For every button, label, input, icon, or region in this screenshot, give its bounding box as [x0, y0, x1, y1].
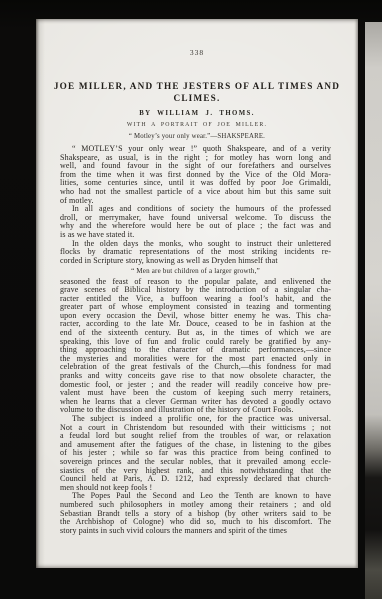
text-line: greater part of whose employment consist…	[60, 303, 331, 312]
text-line: end of the sixteenth century. But as, in…	[60, 329, 331, 338]
text-line: racter entitled the Vice, a buffoon wear…	[60, 295, 331, 304]
page-number: 338	[36, 49, 358, 57]
epigraph: “ Motley’s your only wear.”—SHAKSPEARE.	[36, 133, 358, 140]
text-line: thing approaching to the character of dr…	[60, 346, 331, 355]
text-line: from the time when it was first donned b…	[60, 171, 331, 180]
text-line: and amusement after the fatigues of the …	[60, 441, 331, 450]
book-fore-edge-icon	[364, 22, 382, 599]
article-title-line1: JOE MILLER, AND THE JESTERS OF ALL TIMES…	[36, 80, 358, 92]
text-line: when he learns that a clever German writ…	[60, 398, 331, 407]
scan-background: 338 JOE MILLER, AND THE JESTERS OF ALL T…	[0, 0, 382, 599]
text-line: Shakspeare, as usual, is in the right ; …	[60, 154, 331, 163]
text-line: seasoned the feast of reason to the popu…	[60, 278, 331, 287]
text-line: why and the wherefore would here be out …	[60, 222, 331, 231]
text-line: domestic fool, or jester ; and the reade…	[60, 381, 331, 390]
text-line: Not a court in Christendom but resounded…	[60, 424, 331, 433]
text-line: racter, according to the late Mr. Douce,…	[60, 320, 331, 329]
portrait-note: WITH A PORTRAIT OF JOE MILLER.	[36, 122, 358, 128]
text-line: siastics of the very highest rank, and t…	[60, 467, 331, 476]
text-line: droll, or merrymaker, have found univers…	[60, 214, 331, 223]
text-line: sovereign princes and the secular nobles…	[60, 458, 331, 467]
paragraph: The Popes Paul the Second and Leo the Te…	[60, 492, 331, 535]
text-line: valent must have been the custom of keep…	[60, 389, 331, 398]
text-line: story paints in such vivid colours the m…	[60, 527, 331, 536]
text-line: In the olden days the monks, who sought …	[60, 240, 331, 249]
text-line: Council held at Paris, A. D. 1212, had e…	[60, 475, 331, 484]
text-line: men should not keep fools !	[60, 484, 331, 493]
text-line: celebration of the great festivals of th…	[60, 363, 331, 372]
text-line: who had not the smallest particle of a v…	[60, 188, 331, 197]
inline-verse-quote: “ Men are but children of a larger growt…	[60, 267, 331, 276]
text-line: is as we have stated it.	[60, 231, 331, 240]
text-line: a feudal lord but sought relief from the…	[60, 432, 331, 441]
article-title: JOE MILLER, AND THE JESTERS OF ALL TIMES…	[36, 80, 358, 104]
text-line: In all ages and conditions of society th…	[60, 205, 331, 214]
text-line: The subject is indeed a prolific one, fo…	[60, 415, 331, 424]
book-page: 338 JOE MILLER, AND THE JESTERS OF ALL T…	[36, 19, 358, 568]
text-line: well, and found favour in the sight of o…	[60, 162, 331, 171]
paragraph: The subject is indeed a prolific one, fo…	[60, 415, 331, 492]
text-line: “ MOTLEY’S your only wear !” quoth Shaks…	[60, 145, 331, 154]
paragraph: “ MOTLEY’S your only wear !” quoth Shaks…	[60, 145, 331, 205]
text-line: grave scenes of Biblical history by the …	[60, 286, 331, 295]
paragraph: In all ages and conditions of society th…	[60, 205, 331, 239]
article-title-line2: CLIMES.	[36, 92, 358, 104]
paragraph: seasoned the feast of reason to the popu…	[60, 278, 331, 416]
text-line: the mysteries and moralities were for th…	[60, 355, 331, 364]
text-line: The Popes Paul the Second and Leo the Te…	[60, 492, 331, 501]
paragraph: In the olden days the monks, who sought …	[60, 240, 331, 266]
text-line: of motley.	[60, 197, 331, 206]
text-line: upon every occasion the Devil, whose bit…	[60, 312, 331, 321]
text-line: the Archbishop of Cologne) who did so, m…	[60, 518, 331, 527]
text-line: volume to the discussion and illustratio…	[60, 406, 331, 415]
text-line: lities, some centuries since, until it w…	[60, 179, 331, 188]
text-line: numbered such philosophers in motley amo…	[60, 501, 331, 510]
text-line: speaking, this love of fun and frolic co…	[60, 338, 331, 347]
text-line: of his jester ; while so far was this pr…	[60, 449, 331, 458]
text-line: corded in Scripture story, knowing as we…	[60, 257, 331, 266]
text-line: flocks by dramatic representations of th…	[60, 248, 331, 257]
byline: BY WILLIAM J. THOMS.	[36, 110, 358, 117]
text-line: Sebastian Brandt tells a story of a bish…	[60, 510, 331, 519]
text-line: pranks and witty conceits gave rise to t…	[60, 372, 331, 381]
body-text: “ MOTLEY’S your only wear !” quoth Shaks…	[36, 145, 358, 535]
